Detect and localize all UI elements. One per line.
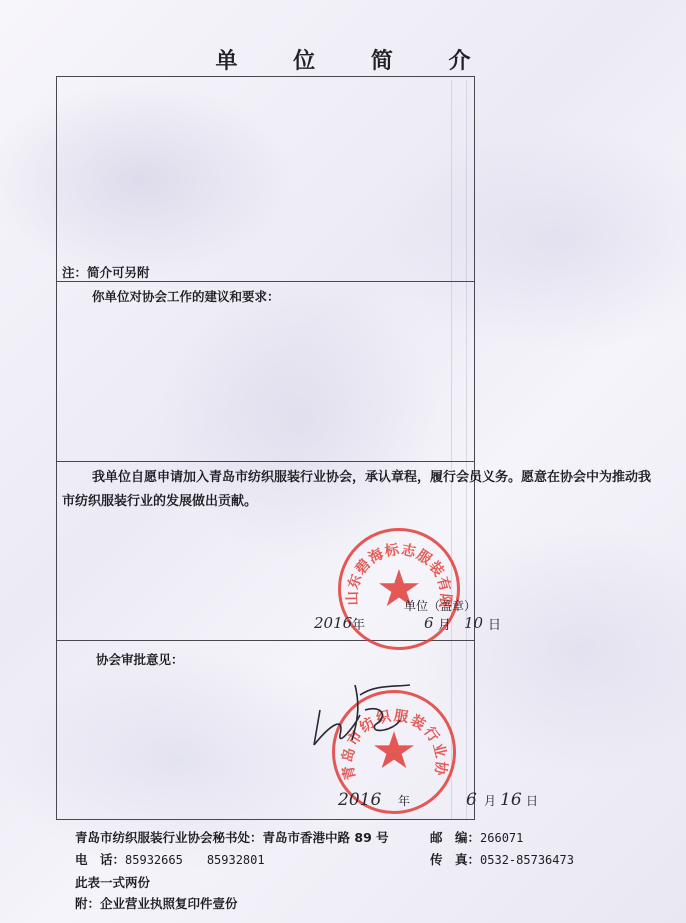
suggestions-label: 你单位对协会工作的建议和要求： [92,287,280,305]
day-unit: 日 [488,614,501,633]
postcode-label: 邮 编： [430,830,480,845]
approval-label: 协会审批意见： [96,650,184,668]
approval-month: 6 [466,790,477,810]
stamp-label: 单位（盖章） [404,597,476,614]
approval-year: 2016 [338,790,381,810]
approval-day: 16 [500,790,522,810]
secretariat-address: 青岛市香港中路 89 号 [263,830,389,845]
postcode-line: 邮 编：266071 [430,828,523,846]
secretariat-label: 青岛市纺织服装行业协会秘书处： [75,830,263,845]
phone-line: 电 话：8593266585932801 [75,850,265,868]
signature [300,665,440,755]
fax-label: 传 真： [430,852,480,867]
fax-value: 0532-85736473 [480,853,574,867]
copies-note: 此表一式两份 [75,873,150,891]
divider-intro [56,281,475,282]
approval-year-unit: 年 [398,792,410,809]
phone-label: 电 话： [75,852,125,867]
year-unit: 年 [352,614,365,633]
fax-line: 传 真：0532-85736473 [430,850,574,868]
declaration-year: 2016 [314,614,352,632]
phone-2: 85932801 [207,853,265,867]
intro-note: 注：简介可另附 [62,263,150,281]
page-title: 单 位 简 介 [0,44,686,75]
postcode-value: 266071 [480,831,523,845]
divider-suggestions [56,461,475,462]
declaration-text: 我单位自愿申请加入青岛市纺织服装行业协会，承认章程，履行会员义务。愿意在协会中为… [62,466,652,514]
secretariat-line: 青岛市纺织服装行业协会秘书处：青岛市香港中路 89 号 [75,828,389,846]
declaration-day: 10 [464,614,483,632]
approval-month-unit: 月 [484,792,496,809]
approval-day-unit: 日 [526,792,538,809]
month-unit: 月 [438,614,451,633]
declaration-month: 6 [424,614,434,632]
phone-1: 85932665 [125,853,183,867]
attachment-note: 附：企业营业执照复印件壹份 [75,894,238,912]
